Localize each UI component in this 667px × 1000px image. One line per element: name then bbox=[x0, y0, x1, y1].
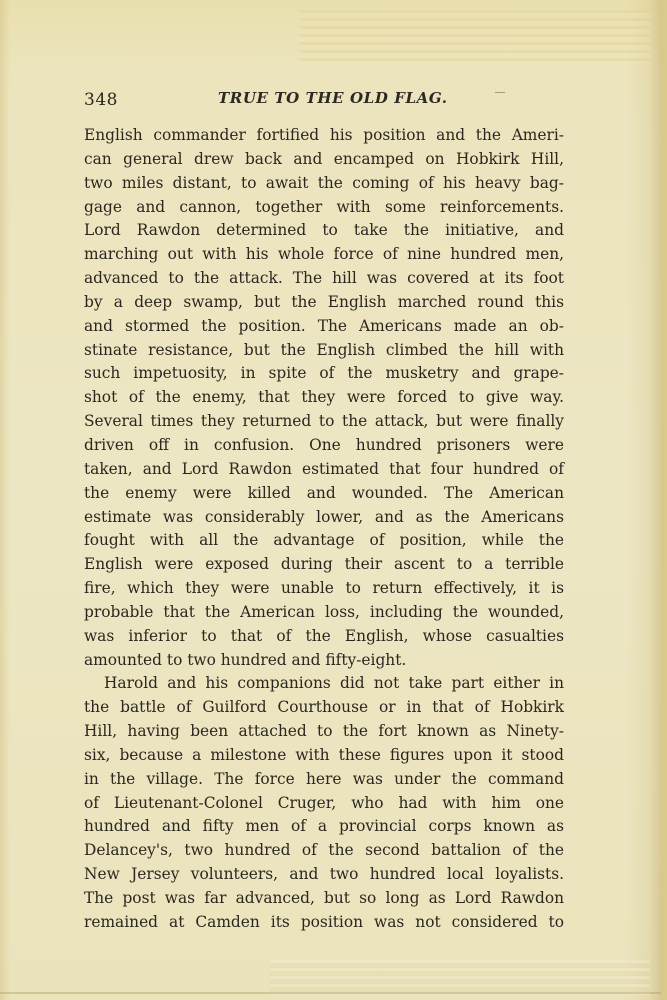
text-line: marching out with his whole force of nin… bbox=[84, 243, 564, 267]
text-line: taken, and Lord Rawdon estimated that fo… bbox=[84, 458, 564, 482]
text-line: driven off in confusion. One hundred pri… bbox=[84, 434, 564, 458]
text-line: fought with all the advantage of positio… bbox=[84, 529, 564, 553]
text-line: the enemy were killed and wounded. The A… bbox=[84, 482, 564, 506]
text-line: and stormed the position. The Americans … bbox=[84, 315, 564, 339]
scan-artifact-top bbox=[300, 10, 650, 65]
body-text: English commander fortified his position… bbox=[84, 124, 564, 935]
text-line: remained at Camden its position was not … bbox=[84, 911, 564, 935]
page-number: 348 bbox=[84, 90, 118, 110]
page-bottom-edge bbox=[0, 992, 667, 994]
text-line: English were exposed during their ascent… bbox=[84, 553, 564, 577]
text-line: advanced to the attack. The hill was cov… bbox=[84, 267, 564, 291]
text-line: six, because a milestone with these figu… bbox=[84, 744, 564, 768]
text-line: amounted to two hundred and fifty-eight. bbox=[84, 649, 564, 673]
text-line: Delancey's, two hundred of the second ba… bbox=[84, 839, 564, 863]
scan-mark bbox=[495, 92, 505, 93]
text-line: stinate resistance, but the English clim… bbox=[84, 339, 564, 363]
text-line: two miles distant, to await the coming o… bbox=[84, 172, 564, 196]
text-line: in the village. The force here was under… bbox=[84, 768, 564, 792]
page-right-edge bbox=[661, 0, 667, 1000]
text-line: probable that the American loss, includi… bbox=[84, 601, 564, 625]
text-line: The post was far advanced, but so long a… bbox=[84, 887, 564, 911]
text-line: English commander fortified his position… bbox=[84, 124, 564, 148]
text-line: Harold and his companions did not take p… bbox=[84, 672, 564, 696]
text-line: Hill, having been attached to the fort k… bbox=[84, 720, 564, 744]
text-line: Several times they returned to the attac… bbox=[84, 410, 564, 434]
book-page: 348 TRUE TO THE OLD FLAG. English comman… bbox=[0, 0, 667, 1000]
text-line: by a deep swamp, but the English marched… bbox=[84, 291, 564, 315]
scan-artifact-bottom bbox=[270, 960, 650, 995]
text-line: shot of the enemy, that they were forced… bbox=[84, 386, 564, 410]
text-line: Lord Rawdon determined to take the initi… bbox=[84, 219, 564, 243]
text-line: such impetuosity, in spite of the musket… bbox=[84, 362, 564, 386]
paragraph-1: English commander fortified his position… bbox=[84, 124, 564, 672]
page-header: 348 TRUE TO THE OLD FLAG. bbox=[84, 88, 584, 112]
paragraph-2: Harold and his companions did not take p… bbox=[84, 672, 564, 934]
text-line: hundred and fifty men of a provincial co… bbox=[84, 815, 564, 839]
text-line: the battle of Guilford Courthouse or in … bbox=[84, 696, 564, 720]
text-line: fire, which they were unable to return e… bbox=[84, 577, 564, 601]
text-line: was inferior to that of the English, who… bbox=[84, 625, 564, 649]
text-line: of Lieutenant-Colonel Cruger, who had wi… bbox=[84, 792, 564, 816]
text-line: can general drew back and encamped on Ho… bbox=[84, 148, 564, 172]
text-line: gage and cannon, together with some rein… bbox=[84, 196, 564, 220]
text-line: New Jersey volunteers, and two hundred l… bbox=[84, 863, 564, 887]
text-line: estimate was considerably lower, and as … bbox=[84, 506, 564, 530]
running-head: TRUE TO THE OLD FLAG. bbox=[218, 89, 448, 107]
